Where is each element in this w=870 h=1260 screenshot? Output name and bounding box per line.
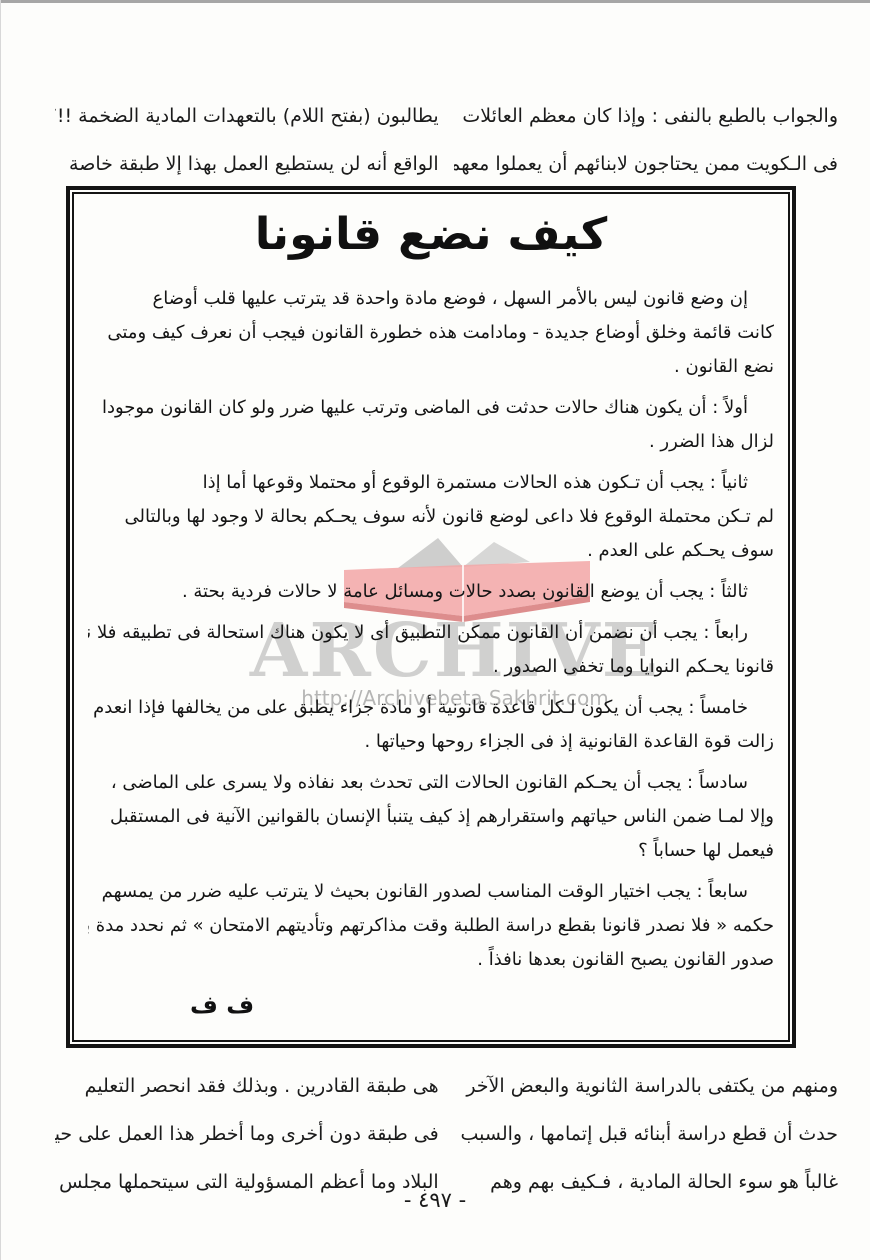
text-line: خامساً : يجب أن يكون لـكل قاعدة قانونية … bbox=[88, 691, 774, 725]
text-line: سوف يحـكم على العدم . bbox=[88, 534, 774, 568]
paragraph-fifth: خامساً : يجب أن يكون لـكل قاعدة قانونية … bbox=[88, 691, 774, 759]
paragraph-third: ثالثاً : يجب أن يوضع القانون بصدد حالات … bbox=[88, 575, 774, 609]
text-line: كانت قائمة وخلق أوضاع جديدة - ومادامت هذ… bbox=[88, 316, 774, 350]
paragraph-second: ثانياً : يجب أن تـكون هذه الحالات مستمرة… bbox=[88, 466, 774, 568]
text-line: سابعاً : يجب اختيار الوقت المناسب لصدور … bbox=[88, 875, 774, 909]
text-line: صدور القانون يصبح القانون بعدها نافذاً . bbox=[88, 943, 774, 977]
scan-left-edge bbox=[0, 0, 1, 1260]
text-line: ثالثاً : يجب أن يوضع القانون بصدد حالات … bbox=[88, 575, 774, 609]
article-box: كيف نضع قانونا إن وضع قانون ليس بالأمر ا… bbox=[66, 186, 796, 1048]
header-left-column: يطالبون (بفتح اللام) بالتعهدات المادية ا… bbox=[55, 92, 439, 188]
header-columns: والجواب بالطبع بالنفى : وإذا كان معظم ال… bbox=[55, 92, 838, 188]
text-line: يطالبون (بفتح اللام) بالتعهدات المادية ا… bbox=[55, 92, 439, 140]
text-line: هى طبقة القادرين . وبذلك فقد انحصر التعل… bbox=[55, 1062, 439, 1110]
text-line: لزال هذا الضرر . bbox=[88, 425, 774, 459]
footer-columns: ومنهم من يكتفى بالدراسة الثانوية والبعض … bbox=[55, 1062, 838, 1206]
paragraph-seventh: سابعاً : يجب اختيار الوقت المناسب لصدور … bbox=[88, 875, 774, 977]
text-line: إن وضع قانون ليس بالأمر السهل ، فوضع ماد… bbox=[88, 282, 774, 316]
text-line: الواقع أنه لن يستطيع العمل بهذا إلا طبقة… bbox=[55, 140, 439, 188]
article-box-inner-rule: كيف نضع قانونا إن وضع قانون ليس بالأمر ا… bbox=[72, 192, 790, 1042]
text-line: ومنهم من يكتفى بالدراسة الثانوية والبعض … bbox=[454, 1062, 838, 1110]
text-line: وإلا لمـا ضمن الناس حياتهم واستقرارهم إذ… bbox=[88, 800, 774, 834]
footer-right-column: ومنهم من يكتفى بالدراسة الثانوية والبعض … bbox=[454, 1062, 838, 1206]
paragraph-fourth: رابعاً : يجب أن نضمن أن القانون ممكن الت… bbox=[88, 616, 774, 684]
text-line: أولاً : أن يكون هناك حالات حدثت فى الماض… bbox=[88, 391, 774, 425]
paragraph-intro: إن وضع قانون ليس بالأمر السهل ، فوضع ماد… bbox=[88, 282, 774, 384]
text-line: حدث أن قطع دراسة أبنائه قبل إتمامها ، وا… bbox=[454, 1110, 838, 1158]
scan-top-edge bbox=[0, 0, 870, 3]
text-line: سادساً : يجب أن يحـكم القانون الحالات ال… bbox=[88, 766, 774, 800]
text-line: فى الـكويت ممن يحتاجون لابنائهم أن يعملو… bbox=[454, 140, 838, 188]
paragraph-first: أولاً : أن يكون هناك حالات حدثت فى الماض… bbox=[88, 391, 774, 459]
author-signature: ف ف bbox=[88, 991, 774, 1019]
text-line: رابعاً : يجب أن نضمن أن القانون ممكن الت… bbox=[88, 616, 774, 650]
text-line: فيعمل لها حساباً ؟ bbox=[88, 834, 774, 868]
text-line: لم تـكن محتملة الوقوع فلا داعى لوضع قانو… bbox=[88, 500, 774, 534]
text-line: حكمه « فلا نصدر قانونا بقطع دراسة الطلبة… bbox=[88, 909, 774, 943]
page-number: - ٤٩٧ - bbox=[0, 1188, 870, 1212]
footer-left-column: هى طبقة القادرين . وبذلك فقد انحصر التعل… bbox=[55, 1062, 439, 1206]
article-title: كيف نضع قانونا bbox=[74, 206, 787, 264]
text-line: ثانياً : يجب أن تـكون هذه الحالات مستمرة… bbox=[88, 466, 774, 500]
header-right-column: والجواب بالطبع بالنفى : وإذا كان معظم ال… bbox=[454, 92, 838, 188]
text-line: والجواب بالطبع بالنفى : وإذا كان معظم ال… bbox=[454, 92, 838, 140]
text-line: فى طبقة دون أخرى وما أخطر هذا العمل على … bbox=[55, 1110, 439, 1158]
text-line: نضع القانون . bbox=[88, 350, 774, 384]
text-line: زالت قوة القاعدة القانونية إذ فى الجزاء … bbox=[88, 725, 774, 759]
paragraph-sixth: سادساً : يجب أن يحـكم القانون الحالات ال… bbox=[88, 766, 774, 868]
text-line: قانونا يحـكم النوايا وما تخفى الصدور . bbox=[88, 650, 774, 684]
